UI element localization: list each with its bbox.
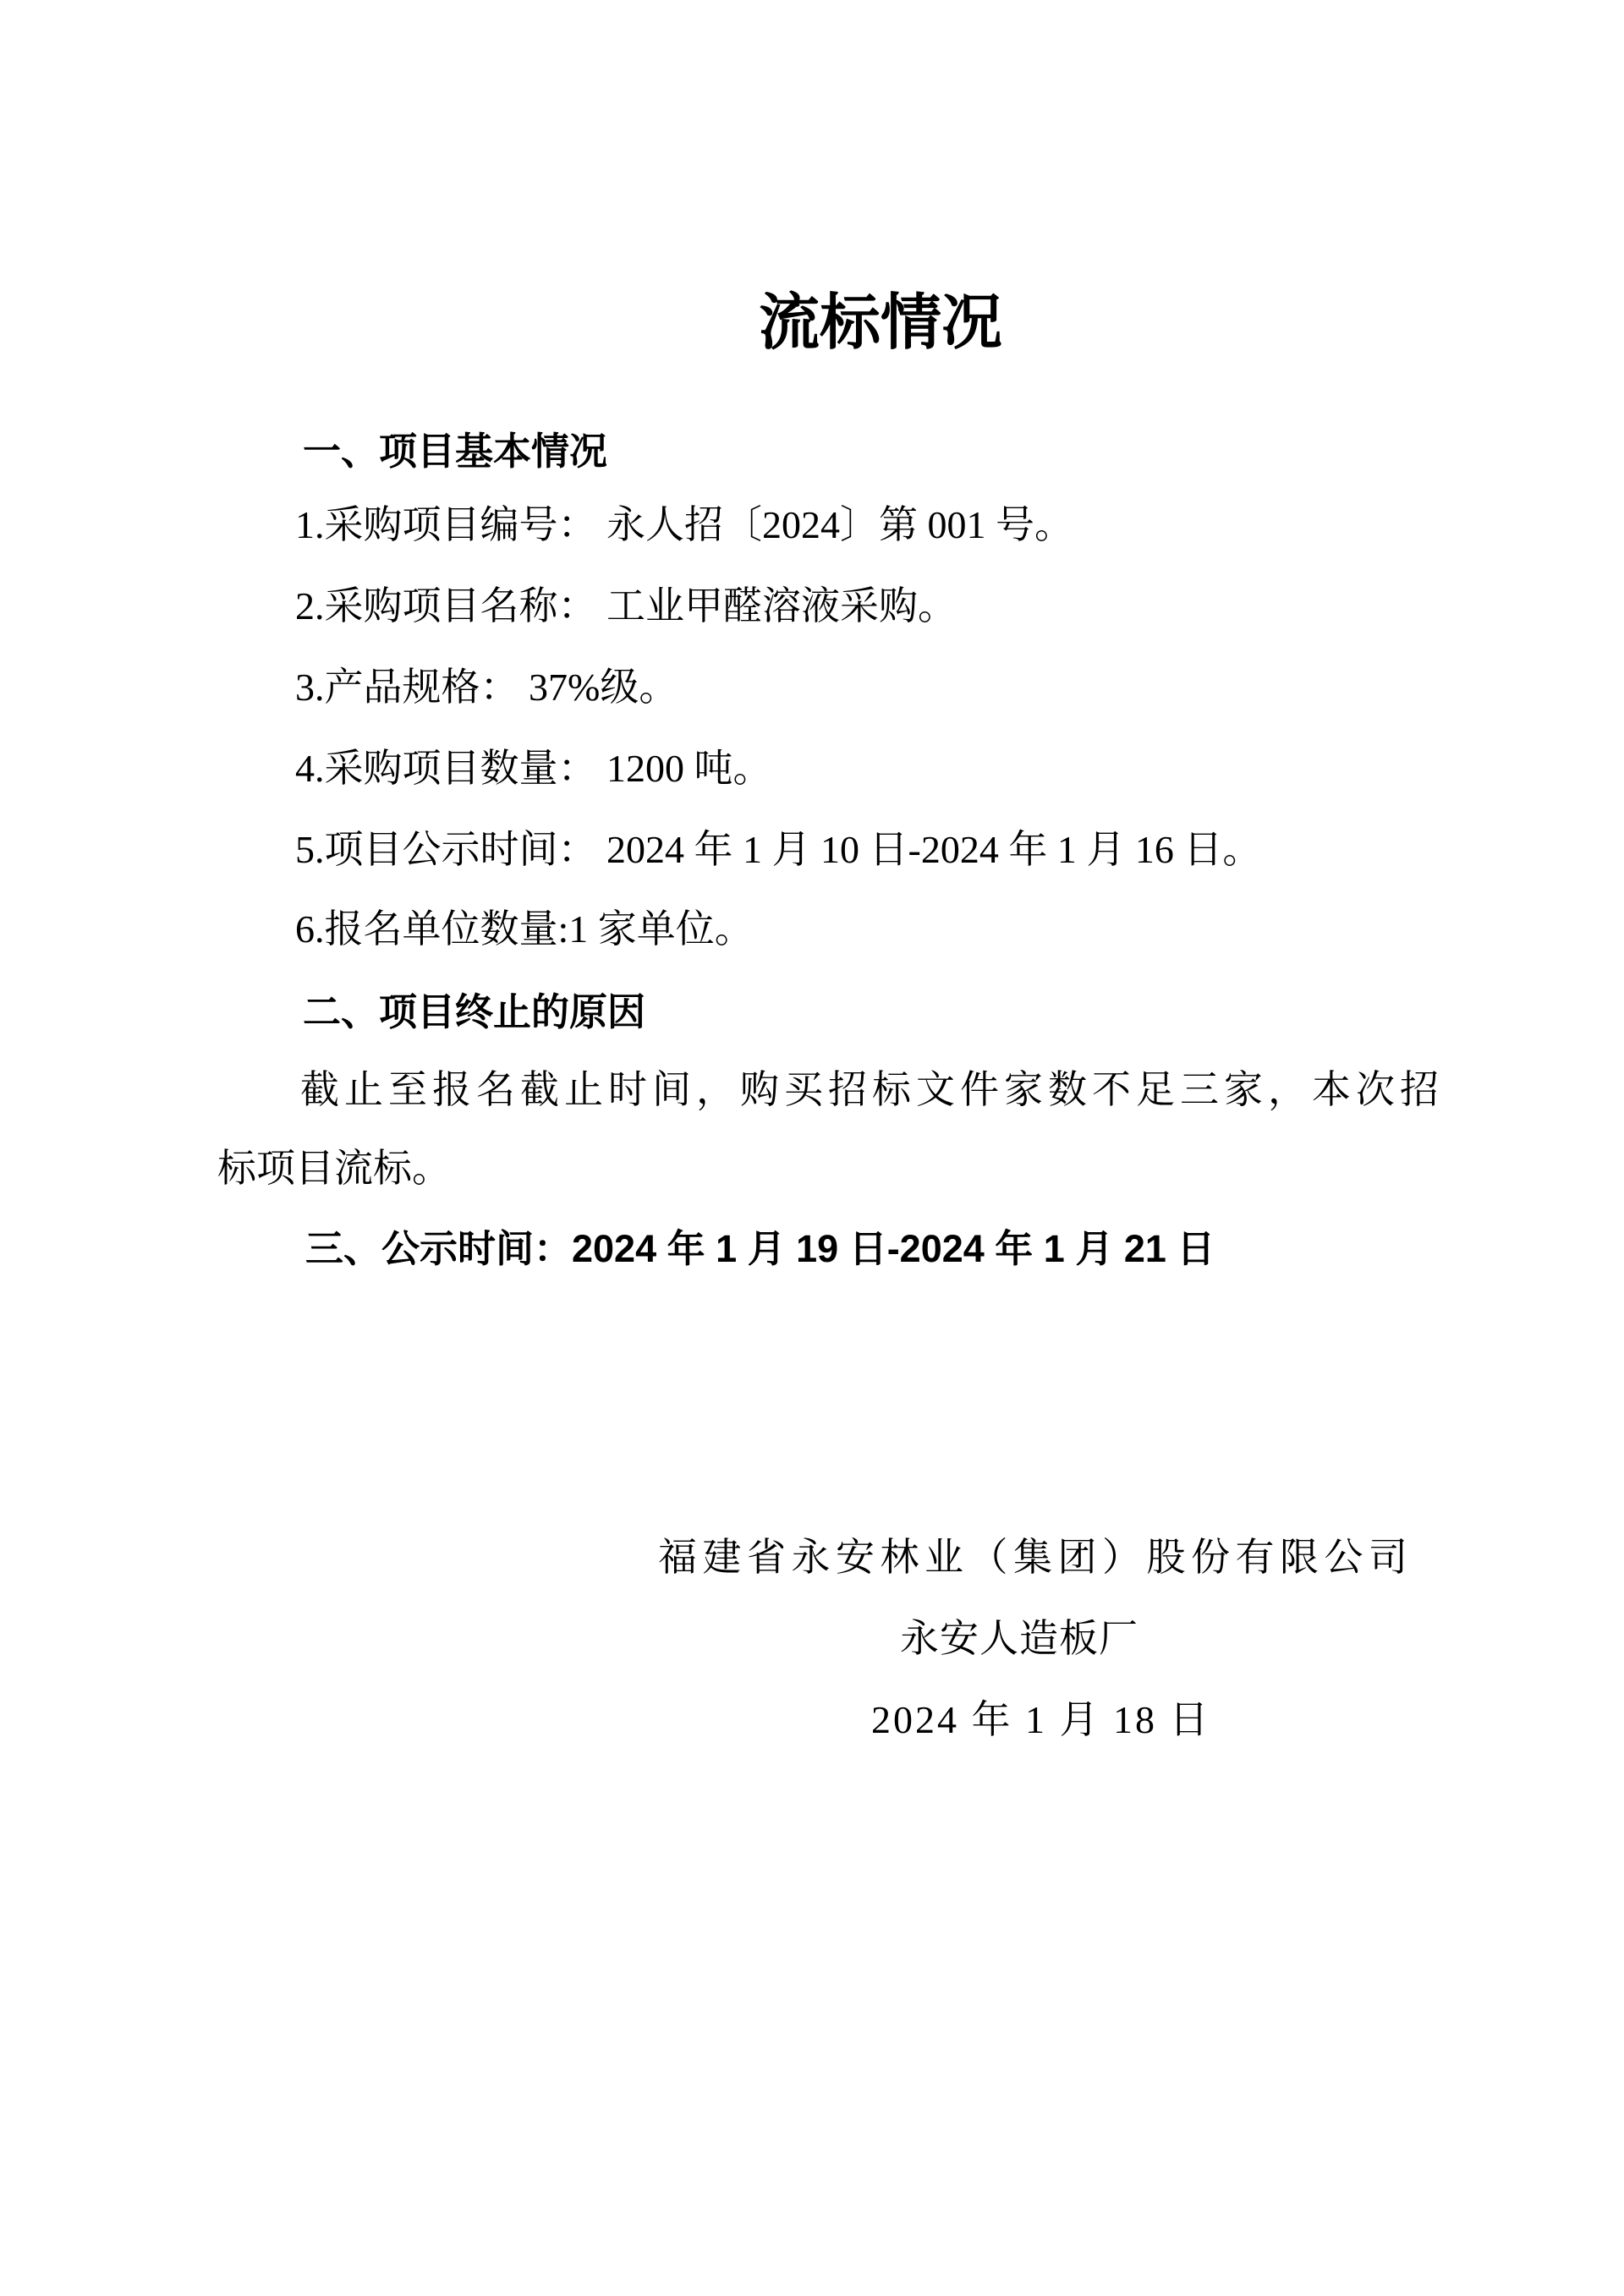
signature-factory: 永安人造板厂	[900, 1619, 1624, 1658]
termination-reason-paragraph-line2: 标项目流标。	[217, 1149, 1452, 1188]
document-title: 流标情况	[759, 293, 1002, 353]
section3-heading: 三、公示时间：2024 年 1 月 19 日-2024 年 1 月 21 日	[217, 1230, 1452, 1268]
list-item-publicity-period: 5.项目公示时间： 2024 年 1 月 10 日-2024 年 1 月 16 …	[217, 830, 1452, 869]
list-item-project-number: 1.采购项目编号： 永人招〔2024〕第 001 号。	[217, 506, 1452, 545]
signature-company: 福建省永安林业（集团）股份有限公司	[658, 1538, 1624, 1577]
list-item-registered-bidders: 6.报名单位数量:1 家单位。	[217, 910, 1452, 949]
list-item-project-name: 2.采购项目名称： 工业甲醛溶液采购。	[217, 587, 1452, 626]
signature-date: 2024 年 1 月 18 日	[871, 1701, 1624, 1740]
list-item-quantity: 4.采购项目数量： 1200 吨。	[217, 749, 1452, 788]
document-page: 流标情况 一、项目基本情况 1.采购项目编号： 永人招〔2024〕第 001 号…	[0, 0, 1624, 2296]
section1-heading: 一、项目基本情况	[217, 432, 1452, 470]
section2-heading: 二、项目终止的原因	[217, 993, 1452, 1031]
termination-reason-paragraph-line1: 截止至报名截止时间，购买招标文件家数不足三家，本次招	[217, 1071, 1452, 1110]
list-item-product-spec: 3.产品规格： 37%级。	[217, 668, 1452, 707]
